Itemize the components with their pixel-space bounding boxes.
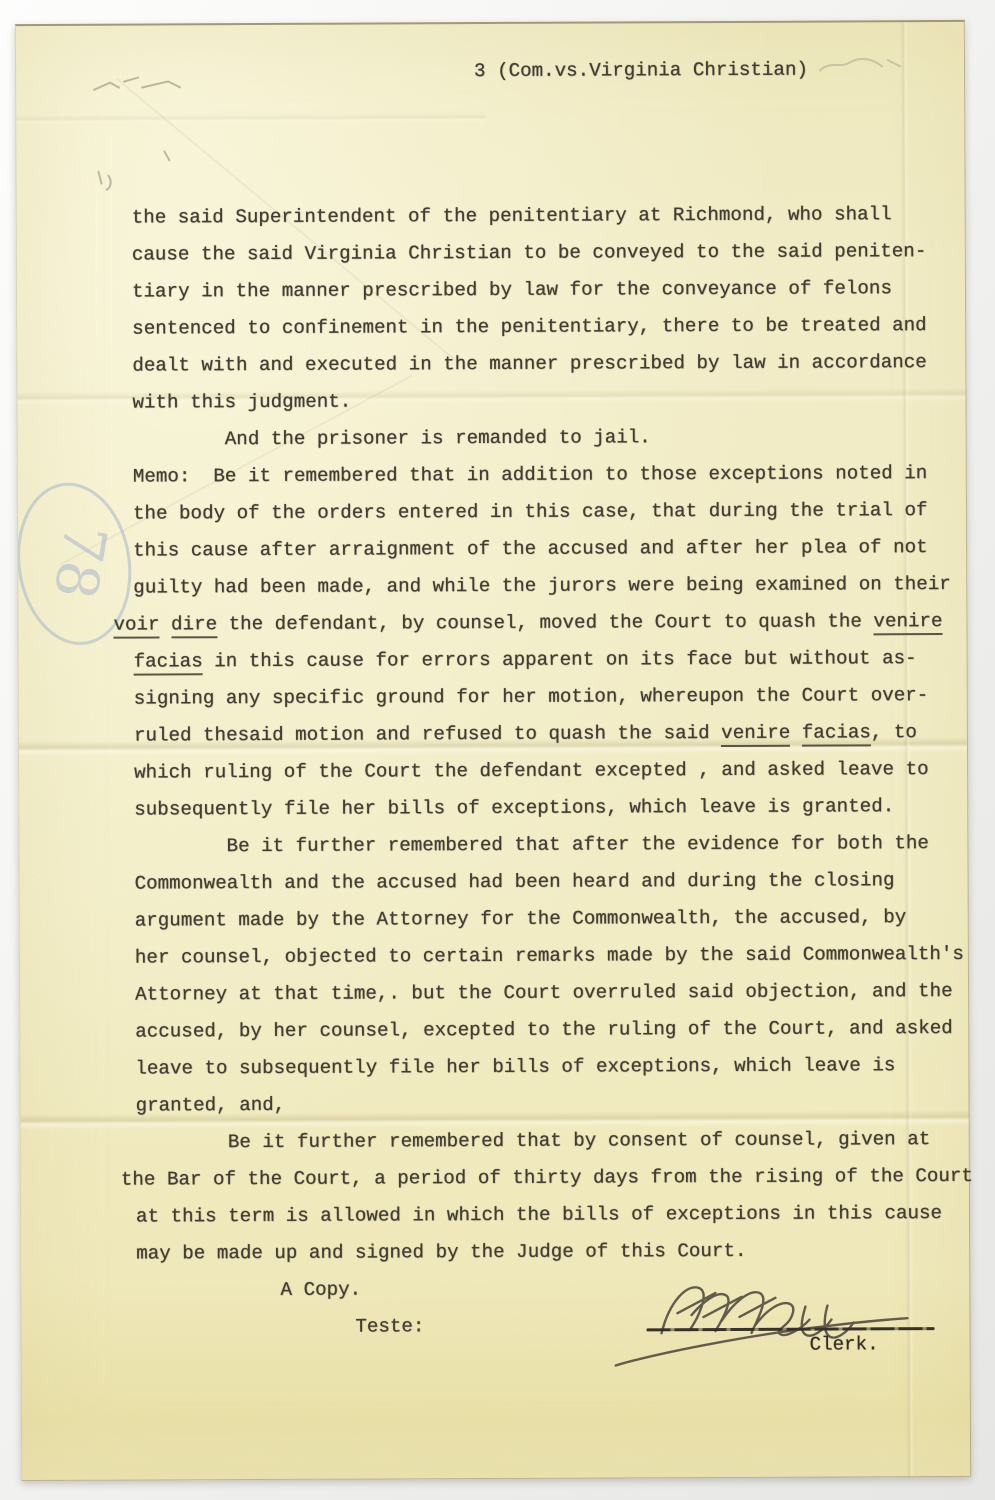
clerk-signature: [593, 1270, 984, 1422]
document-line: with this judgment.: [132, 381, 992, 422]
circled-number-text: 78: [40, 520, 120, 604]
document-line: the Bar of the Court, a period of thirty…: [121, 1158, 995, 1199]
document-line: signing any specific ground for her moti…: [134, 677, 994, 718]
document-line: tiary in the manner prescribed by law fo…: [132, 270, 992, 311]
document-line: granted, and,: [135, 1084, 995, 1125]
document-line: cause the said Virginia Christian to be …: [132, 233, 992, 274]
document-line: the said Superintendent of the penitenti…: [132, 196, 992, 237]
document-line: this cause after arraignment of the accu…: [133, 529, 993, 570]
document-line: leave to subsequently file her bills of …: [135, 1047, 995, 1088]
document-line: her counsel, objected to certain remarks…: [135, 936, 995, 977]
document-body: the said Superintendent of the penitenti…: [132, 196, 995, 1347]
scanned-document: 78 3 (Com.vs.Virginia Christian) the sai…: [0, 0, 995, 1500]
document-line: Attorney at that time,. but the Court ov…: [135, 973, 995, 1014]
document-line: may be made up and signed by the Judge o…: [136, 1232, 995, 1273]
pencil-squiggle-mark: [816, 52, 912, 92]
wrinkle-marks: [76, 55, 217, 216]
page-header-label: 3 (Com.vs.Virginia Christian): [474, 59, 808, 82]
document-line: dealt with and executed in the manner pr…: [132, 344, 992, 385]
document-line: And the prisoner is remanded to jail.: [133, 418, 993, 459]
document-line: guilty had been made, and while the juro…: [133, 566, 993, 607]
document-line: the body of the orders entered in this c…: [133, 492, 993, 533]
document-page: 78 3 (Com.vs.Virginia Christian) the sai…: [15, 20, 971, 1481]
document-line: Commonwealth and the accused had been he…: [134, 862, 994, 903]
document-line: which ruling of the Court the defendant …: [134, 751, 994, 792]
clerk-label: Clerk.: [810, 1333, 879, 1355]
document-line: Be it further remembered that after the …: [134, 825, 994, 866]
document-line: Be it further remembered that by consent…: [136, 1121, 995, 1162]
document-line: facias in this cause for errors apparent…: [134, 640, 994, 681]
document-line: subsequently file her bills of exception…: [134, 788, 994, 829]
document-line: voir dire the defendant, by counsel, mov…: [113, 603, 993, 644]
document-line: accused, by her counsel, excepted to the…: [135, 1010, 995, 1051]
document-line: at this term is allowed in which the bil…: [136, 1195, 995, 1236]
document-line: argument made by the Attorney for the Co…: [135, 899, 995, 940]
document-line: ruled thesaid motion and refused to quas…: [134, 714, 994, 755]
document-line: sentenced to confinement in the penitent…: [132, 307, 992, 348]
document-line: Memo: Be it remembered that in addition …: [133, 455, 993, 496]
